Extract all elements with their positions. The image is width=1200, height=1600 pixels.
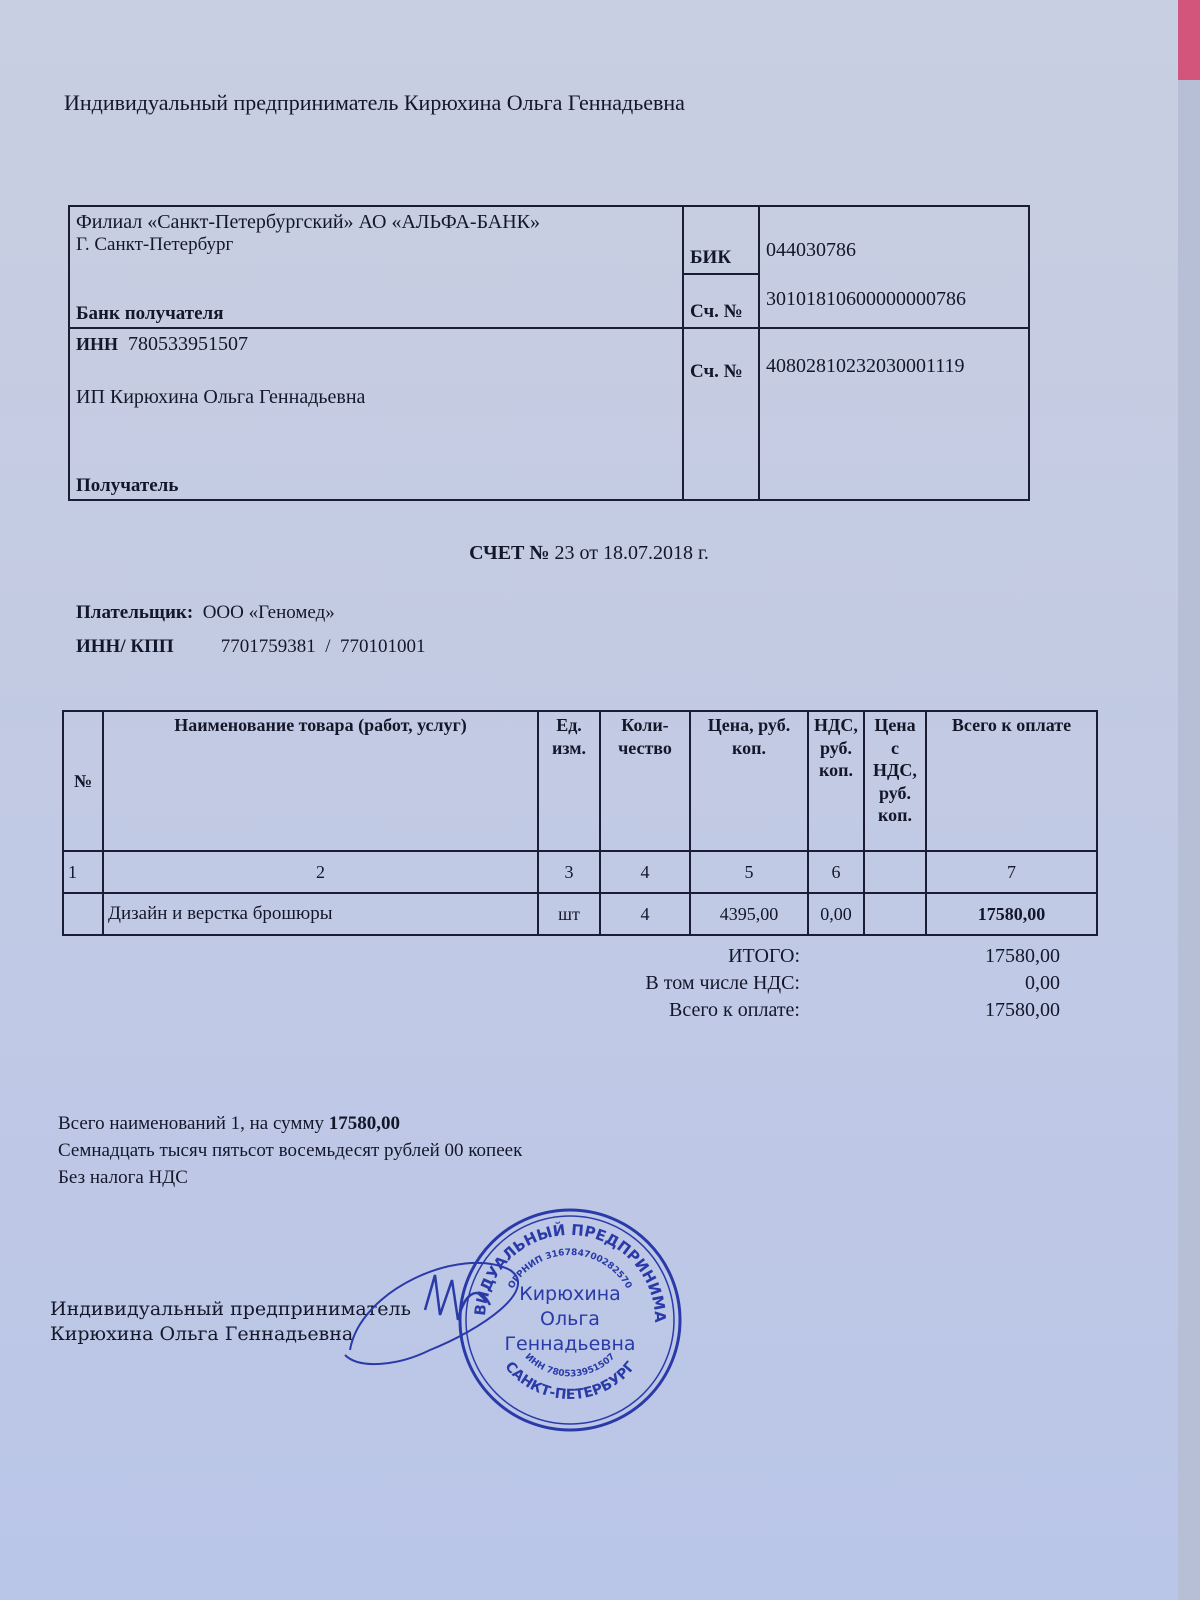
items-table: № Наименование товара (работ, услуг) Ед.… (62, 710, 1098, 936)
corr-account-label: Сч. № (683, 274, 759, 328)
svg-text:Кирюхина: Кирюхина (519, 1283, 621, 1305)
col-header: Всего к оплате (926, 711, 1097, 851)
background-edge (1178, 0, 1200, 80)
corr-account-value: 30101810600000000786 (766, 288, 1022, 311)
row-price-vat (864, 893, 926, 935)
items-count-text: Всего наименований 1, на сумму (58, 1113, 329, 1134)
background-edge (1178, 80, 1200, 1600)
row-vat: 0,00 (808, 893, 864, 935)
col-header: № (63, 711, 103, 851)
vat-value: 0,00 (800, 972, 1060, 999)
col-header: Коли-чество (600, 711, 690, 851)
row-num (63, 893, 103, 935)
col-header: НДС, руб. коп. (808, 711, 864, 851)
inn-label: ИНН (76, 334, 118, 354)
subtotal-label: ИТОГО: (560, 945, 800, 972)
inn-kpp-line: ИНН/ КПП 7701759381 / 770101001 (76, 636, 426, 658)
inn-kpp-label: ИНН/ КПП (76, 636, 216, 658)
row-qty: 4 (600, 893, 690, 935)
account-label: Сч. № (683, 328, 759, 500)
row-total: 17580,00 (926, 893, 1097, 935)
svg-text:САНКТ-ПЕТЕРБУРГ: САНКТ-ПЕТЕРБУРГ (502, 1359, 639, 1403)
company-stamp-icon: ИНДИВИДУАЛЬНЫЙ ПРЕДПРИНИМАТЕЛЬ ОГРНИП 31… (455, 1205, 685, 1435)
row-name: Дизайн и верстка брошюры (103, 893, 538, 935)
bank-city: Г. Санкт-Петербург (76, 234, 676, 256)
bank-label: Банк получателя (76, 303, 224, 325)
items-count-sum: 17580,00 (329, 1113, 400, 1134)
bank-details-table: Филиал «Санкт-Петербургский» АО «АЛЬФА-Б… (68, 205, 1030, 501)
svg-text:ИНН 780533951507: ИНН 780533951507 (523, 1352, 618, 1380)
recipient-name: ИП Кирюхина Ольга Геннадьевна (76, 386, 676, 409)
vat-note: Без налога НДС (58, 1164, 522, 1191)
recipient-cell: ИНН 780533951507 ИП Кирюхина Ольга Генна… (69, 328, 683, 500)
inn-value: 780533951507 (128, 333, 248, 355)
totals-block: ИТОГО:17580,00 В том числе НДС:0,00 Всег… (560, 945, 1060, 1026)
inn-kpp-value: 7701759381 / 770101001 (221, 636, 426, 657)
total-value: 17580,00 (800, 999, 1060, 1026)
invoice-title: СЧЕТ № 23 от 18.07.2018 г. (0, 542, 1178, 565)
total-label: Всего к оплате: (560, 999, 800, 1026)
vat-label: В том числе НДС: (560, 972, 800, 999)
recipient-label: Получатель (76, 475, 178, 497)
svg-text:Геннадьевна: Геннадьевна (504, 1333, 635, 1355)
issuer-header: Индивидуальный предприниматель Кирюхина … (64, 90, 685, 116)
summary-block: Всего наименований 1, на сумму 17580,00 … (58, 1110, 522, 1191)
svg-text:Ольга: Ольга (540, 1308, 600, 1330)
col-header: Цена с НДС, руб. коп. (864, 711, 926, 851)
col-header: Цена, руб. коп. (690, 711, 808, 851)
column-number-row: 1 2 3 4 5 6 7 (63, 851, 1097, 893)
amount-in-words: Семнадцать тысяч пятьсот восемьдесят руб… (58, 1137, 522, 1164)
col-header: Ед. изм. (538, 711, 600, 851)
payer-line: Плательщик: ООО «Геномед» (76, 602, 335, 624)
payer-label: Плательщик: (76, 602, 193, 623)
bik-account-cell: 044030786 30101810600000000786 (759, 206, 1029, 328)
row-unit: шт (538, 893, 600, 935)
bik-label: БИК (683, 206, 759, 274)
col-header: Наименование товара (работ, услуг) (103, 711, 538, 851)
invoice-page: Индивидуальный предприниматель Кирюхина … (0, 0, 1178, 1600)
table-row: Дизайн и верстка брошюры шт 4 4395,00 0,… (63, 893, 1097, 935)
subtotal-value: 17580,00 (800, 945, 1060, 972)
bank-cell: Филиал «Санкт-Петербургский» АО «АЛЬФА-Б… (69, 206, 683, 328)
payer-value: ООО «Геномед» (203, 602, 335, 623)
bik-value: 044030786 (766, 239, 1022, 262)
svg-text:ИНДИВИДУАЛЬНЫЙ ПРЕДПРИНИМАТЕЛЬ: ИНДИВИДУАЛЬНЫЙ ПРЕДПРИНИМАТЕЛЬ (455, 1205, 669, 1323)
bank-name: Филиал «Санкт-Петербургский» АО «АЛЬФА-Б… (76, 211, 676, 234)
account-value: 40802810232030001119 (759, 328, 1029, 500)
row-price: 4395,00 (690, 893, 808, 935)
